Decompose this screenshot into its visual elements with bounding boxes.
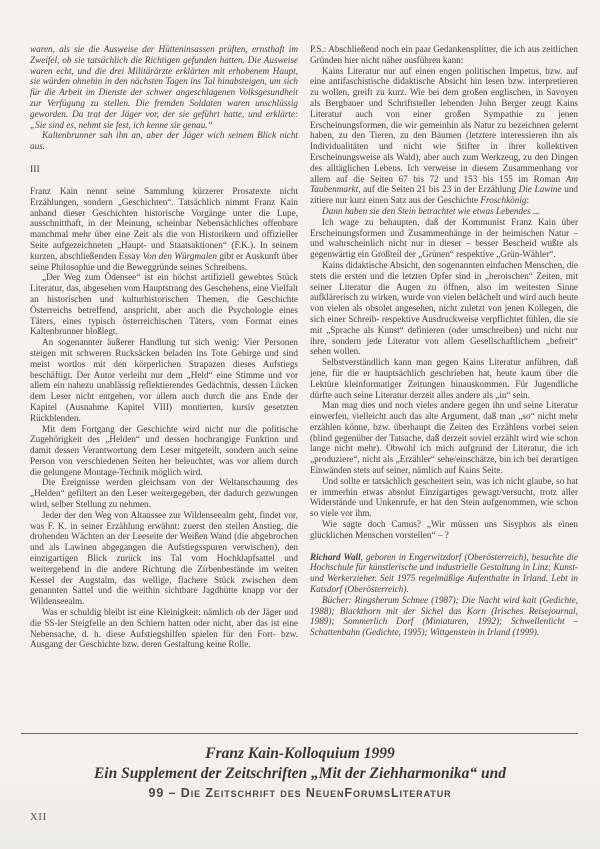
paragraph: Dann haben sie den Stein betrachtet wie … xyxy=(310,206,578,217)
text-run: Die Ereignisse werden gleichsam von der … xyxy=(30,477,298,509)
text-run: Was er schuldig bleibt ist eine Kleinigk… xyxy=(30,607,298,649)
journal-name: 99 – Die Zeitschrift des NeuenForumsLite… xyxy=(0,786,600,800)
paragraph: Kains Literatur nur auf einen engen poli… xyxy=(310,66,578,206)
paragraph: Was er schuldig bleibt ist eine Kleinigk… xyxy=(30,607,298,650)
paragraph: „Der Weg zum Ödensee“ ist ein höchst art… xyxy=(30,272,298,337)
text-run: Froschkönig xyxy=(480,195,526,205)
paragraph: Franz Kain nennt seine Sammlung kürzerer… xyxy=(30,186,298,272)
paragraph: P.S.: Abschließend noch ein paar Gedanke… xyxy=(310,44,578,66)
text-run: Man mag dies und noch vieles andere gege… xyxy=(310,400,578,475)
text-run: Kaltenbrunner sah ihn an, aber der Jäger… xyxy=(30,130,298,151)
paragraph: Selbstverständlich kann man gegen Kains … xyxy=(310,357,578,400)
text-run: Jeder der den Weg von Altaussee zur Wild… xyxy=(30,510,298,606)
page-number: XII xyxy=(30,812,47,823)
paragraph: Ich wage zu behaupten, daß der Kommunist… xyxy=(310,217,578,260)
text-run: Selbstverständlich kann man gegen Kains … xyxy=(310,357,578,399)
paragraph: Man mag dies und noch vieles andere gege… xyxy=(310,400,578,476)
paragraph: Die Ereignisse werden gleichsam von der … xyxy=(30,477,298,509)
left-column: waren, als sie die Ausweise der Hüttenin… xyxy=(30,44,298,650)
text-run: Mit dem Fortgang der Geschichte wird nic… xyxy=(30,424,298,477)
scanned-book-page: waren, als sie die Ausweise der Hüttenin… xyxy=(0,0,600,849)
text-run: P.S.: Abschließend noch ein paar Gedanke… xyxy=(310,44,578,65)
text-run: Dann haben sie den Stein betrachtet wie … xyxy=(322,206,540,216)
paragraph: Kains didaktische Absicht, den sogenannt… xyxy=(310,260,578,357)
text-columns: waren, als sie die Ausweise der Hüttenin… xyxy=(30,44,578,650)
paragraph: An sogenannter äußerer Handlung tut sich… xyxy=(30,337,298,423)
colloquium-footer: Franz Kain-Kolloquium 1999 Ein Supplemen… xyxy=(0,744,600,800)
paragraph: waren, als sie die Ausweise der Hüttenin… xyxy=(30,44,298,130)
footer-divider xyxy=(21,733,578,734)
text-run: Ich wage zu behaupten, daß der Kommunist… xyxy=(310,217,578,259)
text-run: Und sollte er tatsächlich gescheitert se… xyxy=(310,476,578,518)
colloquium-subtitle: Ein Supplement der Zeitschriften „Mit de… xyxy=(0,764,600,784)
text-run: Bücher: Ringsherum Schnee (1987); Die Na… xyxy=(310,595,578,637)
text-run: Franz Kain nennt seine Sammlung kürzerer… xyxy=(30,186,298,261)
paragraph: Bücher: Ringsherum Schnee (1987); Die Na… xyxy=(310,595,578,638)
section-heading: III xyxy=(30,164,298,175)
paragraph: Richard Wall, geboren in Engerwitzdorf (… xyxy=(310,552,578,595)
text-run: waren, als sie die Ausweise der Hüttenin… xyxy=(30,44,298,130)
text-run: Die Lawine xyxy=(519,184,562,194)
text-run: , auf die Seiten 21 bis 23 in der Erzähl… xyxy=(358,184,518,194)
text-run: : xyxy=(527,195,530,205)
text-run: Kains didaktische Absicht, den sogenannt… xyxy=(310,260,578,356)
paragraph: Und sollte er tatsächlich gescheitert se… xyxy=(310,476,578,519)
paragraph: Jeder der den Weg von Altaussee zur Wild… xyxy=(30,510,298,607)
text-run: Wie sagte doch Camus? „Wir müssen uns Si… xyxy=(310,519,578,540)
text-run: Kains Literatur nur auf einen engen poli… xyxy=(310,66,578,184)
colloquium-title: Franz Kain-Kolloquium 1999 xyxy=(0,744,600,764)
text-run: Von den Würgmalen xyxy=(143,251,217,261)
paragraph: Wie sagte doch Camus? „Wir müssen uns Si… xyxy=(310,519,578,541)
text-run: An sogenannter äußerer Handlung tut sich… xyxy=(30,337,298,423)
right-column: P.S.: Abschließend noch ein paar Gedanke… xyxy=(310,44,578,650)
paragraph: Mit dem Fortgang der Geschichte wird nic… xyxy=(30,424,298,478)
paragraph: Kaltenbrunner sah ihn an, aber der Jäger… xyxy=(30,130,298,152)
text-run: Richard Wall xyxy=(310,552,361,562)
text-run: „Der Weg zum Ödensee“ ist ein höchst art… xyxy=(30,272,298,336)
